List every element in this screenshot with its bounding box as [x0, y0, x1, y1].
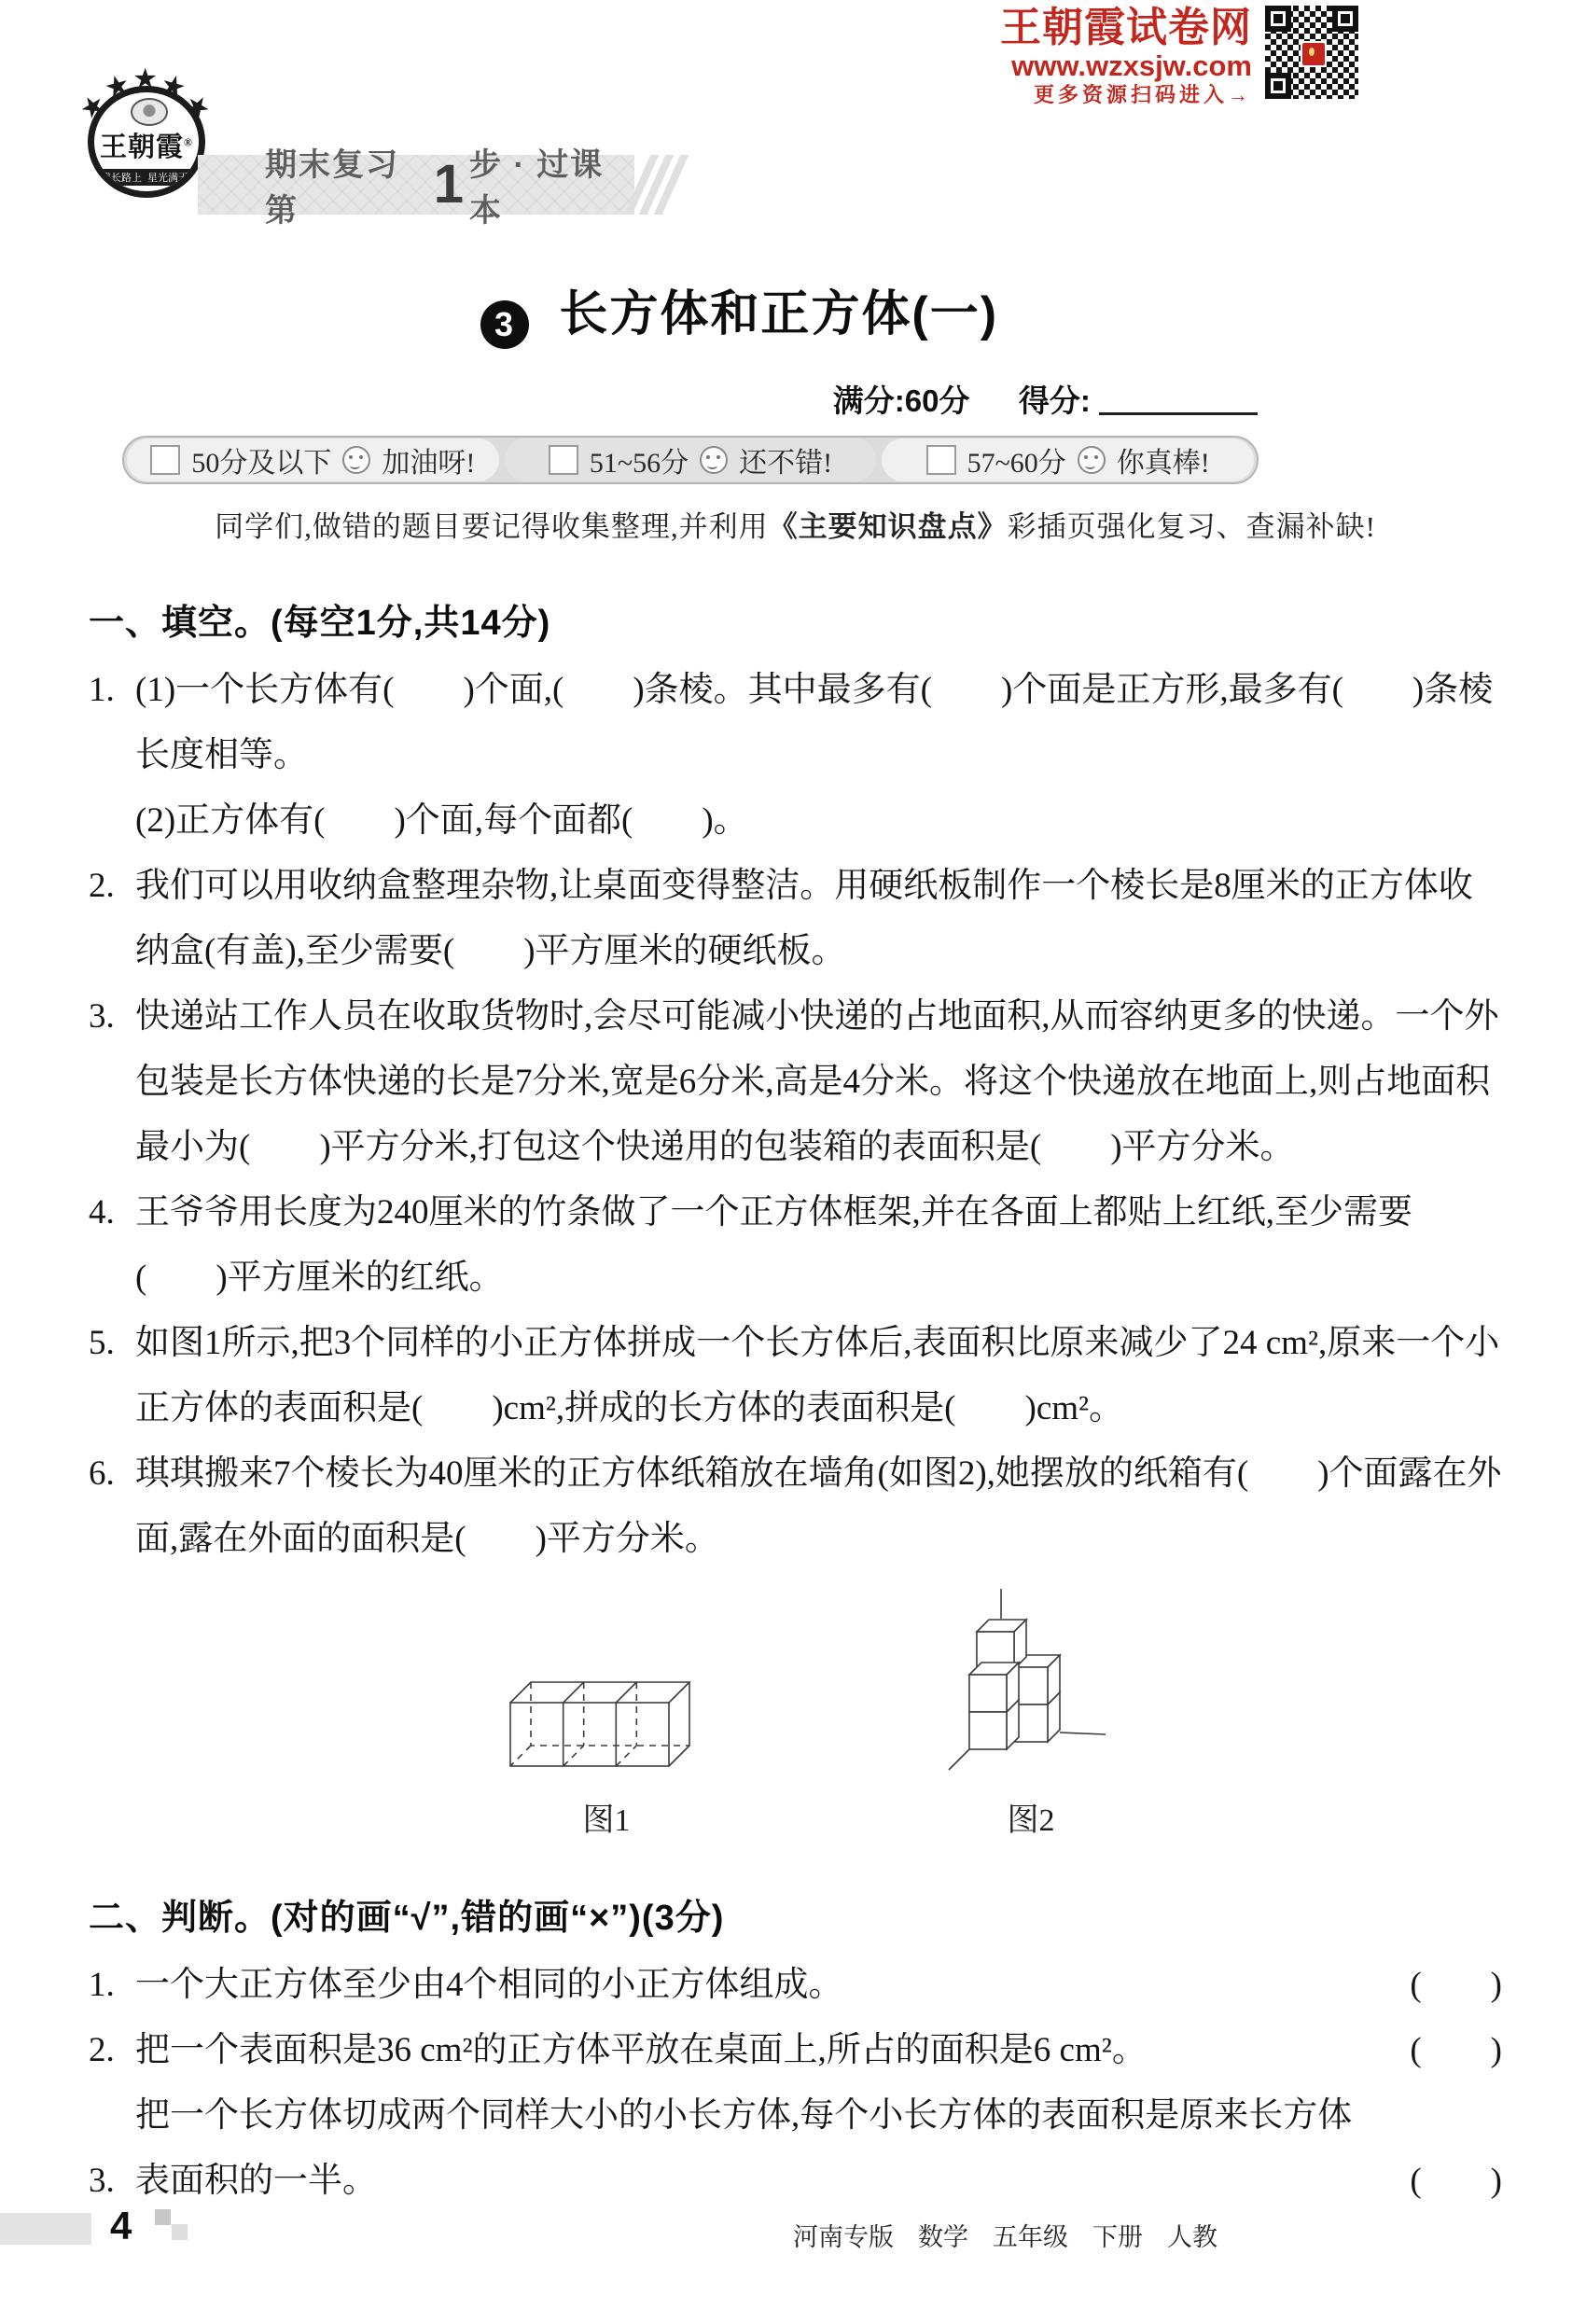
brand-scan-hint: 更多资源扫码进入→: [1000, 84, 1252, 106]
brand-badge: ★ ★ ★ ★ ★ 王朝霞® 成长路上 星光满天: [84, 65, 211, 187]
qr-finder-icon: [1265, 6, 1291, 32]
footer-grade: 五年级: [993, 2217, 1068, 2253]
step-number: 1: [434, 158, 466, 212]
score-header: 满分:60分 得分:: [89, 377, 1258, 421]
answer-slot: ( ): [1381, 1953, 1502, 2018]
question-5: 5. 如图1所示,把3个同样的小正方体拼成一个长方体后,表面积比原来减少了24 …: [89, 1311, 1502, 1441]
brand-block: 王朝霞试卷网 www.wzxsjw.com 更多资源扫码进入→: [1000, 6, 1358, 106]
badge-name-text: 王朝霞: [100, 132, 184, 162]
figure-2-caption: 图2: [1008, 1794, 1055, 1840]
footer-meta: 河南专版 数学 五年级 下册 人教: [793, 2217, 1217, 2253]
score-checkbox[interactable]: [926, 445, 956, 475]
page-number: 4: [110, 2204, 132, 2248]
notice-line: 同学们,做错的题目要记得收集整理,并利用《主要知识盘点》彩插页强化复习、查漏补缺…: [89, 503, 1502, 545]
judgment-item-2: 2. 把一个表面积是36 cm²的正方体平放在桌面上,所占的面积是6 cm²。 …: [89, 2018, 1502, 2083]
badge-ribbon: 成长路上 星光满天: [96, 169, 193, 186]
question-1: 1. (1)一个长方体有( )个面,( )条棱。其中最多有( )个面是正方形,最…: [89, 658, 1502, 854]
notice-post: 彩插页强化复习、查漏补缺!: [1008, 510, 1376, 543]
question-body: 琪琪搬来7个棱长为40厘米的正方体纸箱放在墙角(如图2),她摆放的纸箱有( )个…: [135, 1441, 1502, 1572]
notice-pre: 同学们,做错的题目要记得收集整理,并利用: [215, 510, 769, 543]
question-number: 3.: [89, 984, 135, 1180]
qr-code-icon: [1265, 6, 1358, 99]
registered-mark: ®: [184, 135, 193, 148]
section-two-heading: 二、判断。(对的画“√”,错的画“×”)(3分): [89, 1888, 1502, 1940]
badge-ring: 王朝霞® 成长路上 星光满天: [88, 86, 205, 198]
brand-site-name: 王朝霞试卷网: [1000, 6, 1252, 50]
footer-subject: 数学: [918, 2217, 968, 2253]
judgment-item-3: 3. 把一个长方体切成两个同样大小的小长方体,每个小长方体的表面积是原来长方体表…: [89, 2083, 1502, 2214]
score-range: 57~60分: [967, 439, 1066, 480]
judgment-text: 把一个表面积是36 cm²的正方体平放在桌面上,所占的面积是6 cm²。: [135, 2018, 1381, 2083]
answer-slot: ( ): [1381, 2149, 1502, 2214]
answer-slot: ( ): [1381, 2018, 1502, 2083]
question-6: 6. 琪琪搬来7个棱长为40厘米的正方体纸箱放在墙角(如图2),她摆放的纸箱有(…: [89, 1441, 1502, 1572]
banner-stripes: [637, 155, 675, 215]
corner-cube-stack-drawing: [947, 1585, 1115, 1783]
score-label: 得分:: [1019, 383, 1091, 418]
badge-ribbon-left: 成长路上: [101, 170, 142, 185]
question-body: (1)一个长方体有( )个面,( )条棱。其中最多有( )个面是正方形,最多有(…: [135, 658, 1502, 854]
praise-text: 你真棒!: [1117, 439, 1210, 480]
score-blank: [1099, 384, 1258, 415]
section-one-heading: 一、填空。(每空1分,共14分): [89, 593, 1502, 645]
praise-text: 还不错!: [739, 439, 832, 480]
smiley-icon: [342, 446, 370, 474]
footer-edition: 河南专版: [793, 2217, 894, 2253]
brand-text: 王朝霞试卷网 www.wzxsjw.com 更多资源扫码进入→: [1000, 6, 1252, 106]
badge-name: 王朝霞®: [94, 126, 199, 164]
step-banner-suffix: 步 · 过课本: [469, 139, 634, 230]
brand-url: www.wzxsjw.com: [1000, 50, 1252, 81]
smiley-icon: [1078, 446, 1106, 474]
step-banner-prefix: 期末复习第: [265, 139, 430, 230]
worksheet-page: 王朝霞试卷网 www.wzxsjw.com 更多资源扫码进入→ ★ ★ ★ ★ …: [0, 0, 1586, 2324]
score-range: 50分及以下: [191, 439, 331, 480]
question-body: 如图1所示,把3个同样的小正方体拼成一个长方体后,表面积比原来减少了24 cm²…: [135, 1311, 1502, 1441]
judgment-item-1: 1. 一个大正方体至少由4个相同的小正方体组成。 ( ): [89, 1953, 1502, 2018]
main-content: 3 长方体和正方体(一) 满分:60分 得分: 50分及以下 加油呀! 51~5…: [0, 235, 1586, 2214]
score-range: 51~56分: [590, 439, 689, 480]
score-band: 50分及以下 加油呀! 51~56分 还不错! 57~60分 你真棒!: [122, 436, 1259, 484]
portrait-photo: [131, 98, 168, 126]
question-4: 4. 王爷爷用长度为240厘米的竹条做了一个正方体框架,并在各面上都贴上红纸,至…: [89, 1180, 1502, 1311]
question-2: 2. 我们可以用收纳盒整理杂物,让桌面变得整洁。用硬纸板制作一个棱长是8厘米的正…: [89, 854, 1502, 984]
score-band-segment: 50分及以下 加油呀!: [127, 438, 499, 481]
title-number-badge: 3: [480, 300, 529, 349]
smiley-icon: [700, 446, 728, 474]
qr-finder-icon: [1332, 6, 1358, 32]
full-score-label: 满分:60分: [833, 383, 970, 418]
question-1-part-1: (1)一个长方体有( )个面,( )条棱。其中最多有( )个面是正方形,最多有(…: [135, 658, 1502, 788]
question-1-part-2: (2)正方体有( )个面,每个面都( )。: [135, 788, 1502, 854]
footer-strip: [0, 2213, 91, 2245]
score-band-segment: 51~56分 还不错!: [505, 438, 877, 481]
badge-ribbon-right: 星光满天: [147, 170, 188, 185]
cuboid-of-three-cubes-drawing: [499, 1667, 714, 1783]
question-number: 2.: [89, 854, 135, 984]
footer-deco-square: [172, 2224, 188, 2240]
step-banner: 期末复习第 1 步 · 过课本: [198, 155, 634, 215]
figure-1-caption: 图1: [583, 1794, 631, 1840]
footer-volume: 下册: [1092, 2217, 1143, 2253]
footer-deco-square: [155, 2209, 171, 2225]
score-checkbox[interactable]: [549, 445, 578, 475]
question-number: 5.: [89, 1311, 135, 1441]
qr-center-emblem-icon: [1301, 41, 1327, 67]
question-number: 1.: [89, 658, 135, 854]
question-body: 快递站工作人员在收取货物时,会尽可能减小快递的占地面积,从而容纳更多的快递。一个…: [135, 984, 1502, 1180]
question-number: 4.: [89, 1180, 135, 1311]
figures-row: 图1: [499, 1585, 1502, 1840]
judgment-text: 一个大正方体至少由4个相同的小正方体组成。: [135, 1953, 1381, 2018]
score-band-segment: 57~60分 你真棒!: [882, 438, 1254, 481]
score-checkbox[interactable]: [150, 445, 180, 475]
question-body: 王爷爷用长度为240厘米的竹条做了一个正方体框架,并在各面上都贴上红纸,至少需要…: [135, 1180, 1502, 1311]
praise-text: 加油呀!: [382, 439, 475, 480]
question-number: 1.: [89, 1953, 135, 2018]
qr-finder-icon: [1265, 73, 1291, 99]
figure-1: 图1: [499, 1667, 714, 1840]
question-body: 我们可以用收纳盒整理杂物,让桌面变得整洁。用硬纸板制作一个棱长是8厘米的正方体收…: [135, 854, 1502, 984]
question-number: 6.: [89, 1441, 135, 1572]
figure-2: 图2: [947, 1585, 1115, 1840]
question-3: 3. 快递站工作人员在收取货物时,会尽可能减小快递的占地面积,从而容纳更多的快递…: [89, 984, 1502, 1180]
paper-title: 3 长方体和正方体(一): [89, 274, 1390, 349]
notice-book-title: 《主要知识盘点》: [769, 510, 1008, 543]
judgment-text: 把一个长方体切成两个同样大小的小长方体,每个小长方体的表面积是原来长方体表面积的…: [135, 2083, 1381, 2214]
question-number: 2.: [89, 2018, 135, 2083]
footer-publisher: 人教: [1167, 2217, 1217, 2253]
paper-title-text: 长方体和正方体(一): [559, 287, 998, 341]
